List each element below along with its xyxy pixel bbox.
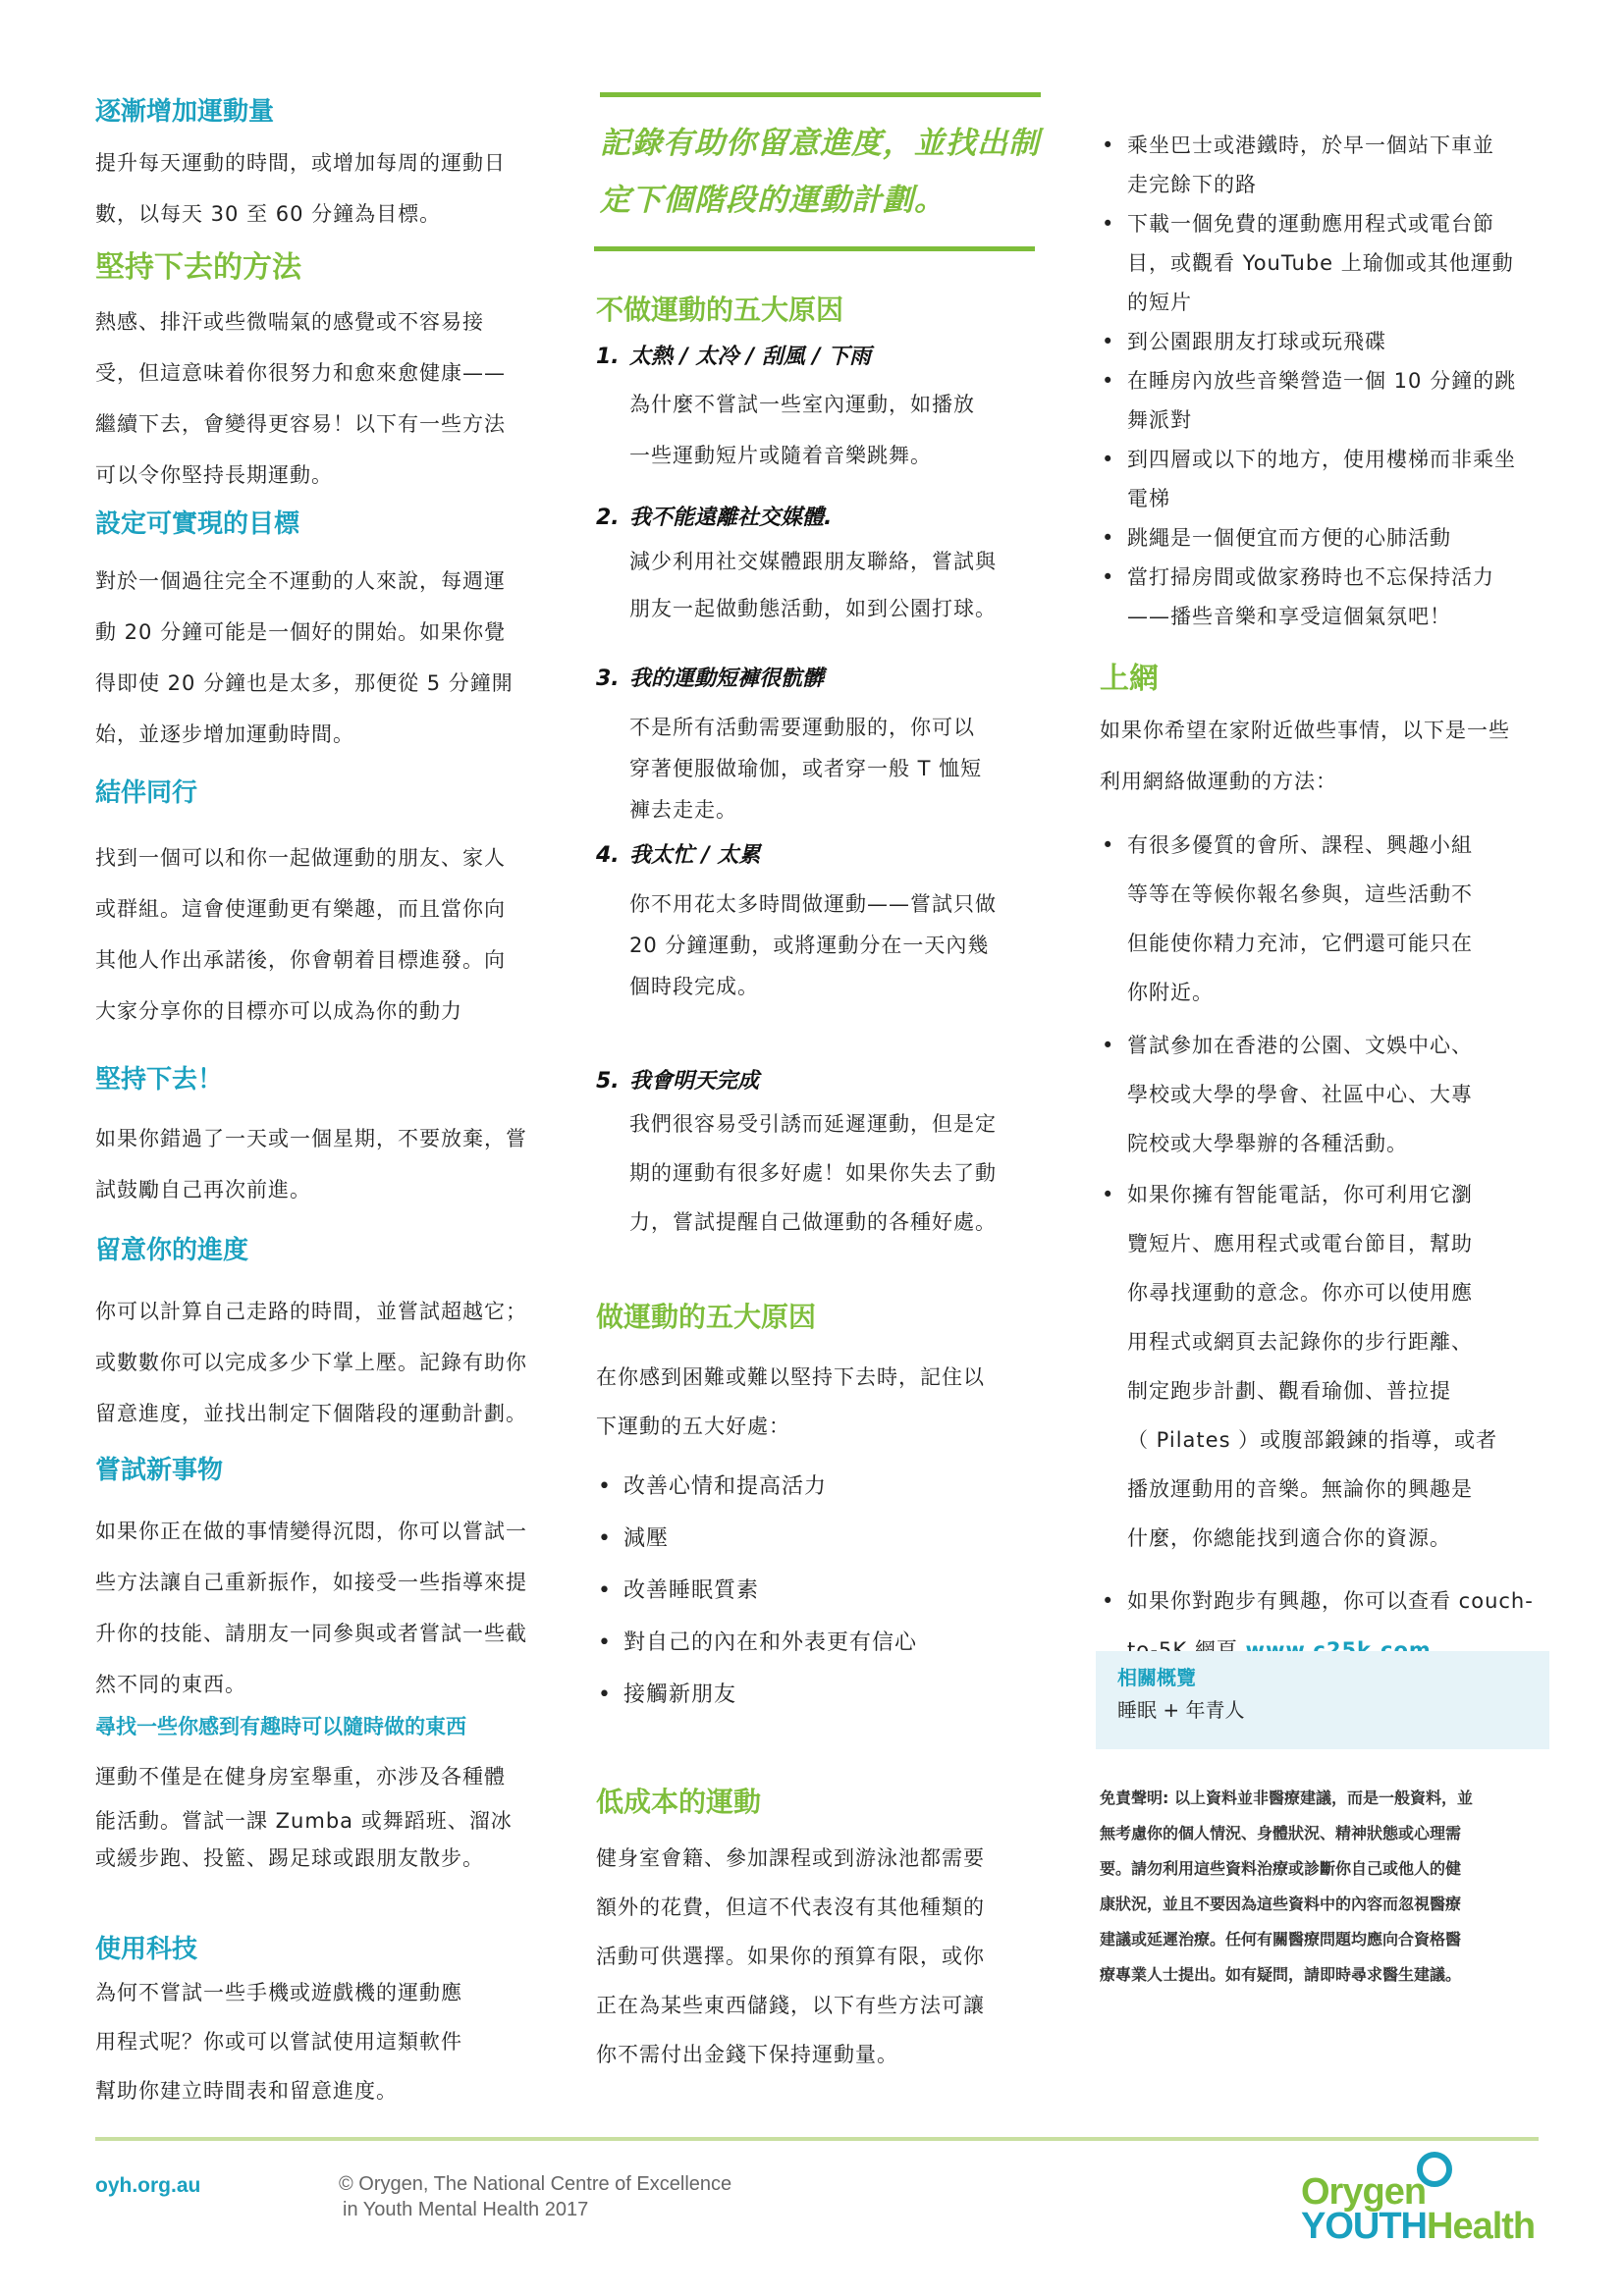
text-line: 力，嘗試提醒自己做運動的各種好處。: [629, 1198, 1048, 1247]
online-item: 嘗試參加在香港的公園、文娛中心、學校或大學的學會、社區中心、大專院校或大學舉辦的…: [1100, 1021, 1561, 1168]
idea-item: 到公園跟朋友打球或玩飛碟: [1100, 322, 1561, 361]
quote-line: 定下個階段的運動計劃。: [600, 172, 1048, 229]
para-keep-at-it: 如果你錯過了一天或一個星期，不要放棄，嘗 試鼓勵自己再次前進。: [95, 1113, 567, 1215]
online-ideas-list: 有很多優質的會所、課程、興趣小組等等在等候你報名參與，這些活動不但能使你精力充沛…: [1100, 821, 1561, 1675]
benefit-item: 改善心情和提高活力: [596, 1461, 1048, 1513]
text-line: 你不用花太多時間做運動——嘗試只做: [629, 883, 1048, 925]
quote-bottom-rule: [594, 246, 1035, 251]
benefit-item: 減壓: [596, 1513, 1048, 1565]
reason-item-4: 4.我太忙 / 太累 你不用花太多時間做運動——嘗試只做 20 分鐘運動，或將運…: [596, 840, 1048, 1007]
text-line: 穿著便服做瑜伽，或者穿一般 T 恤短: [629, 748, 1048, 789]
benefit-item: 接觸新朋友: [596, 1669, 1048, 1721]
para-increase-exercise: 提升每天運動的時間，或增加每周的運動日 數，以每天 30 至 60 分鐘為目標。: [95, 137, 567, 240]
text-line: 活動可供選擇。如果你的預算有限，或你: [596, 1932, 1048, 1981]
idea-item: 下載一個免費的運動應用程式或電台節目，或觀看 YouTube 上瑜伽或其他運動的…: [1100, 204, 1561, 322]
para-ways-to-keep-going: 熱感、排汗或些微喘氣的感覺或不容易接 受，但這意味着你很努力和愈來愈健康—— 繼…: [95, 296, 567, 501]
text-line: 或群組。這會使運動更有樂趣，而且當你向: [95, 883, 567, 934]
text-line: 升你的技能、請朋友一同參與或者嘗試一些截: [95, 1608, 567, 1659]
text-line: 康狀況，並且不要因為這些資料中的內容而忽視醫療: [1100, 1887, 1561, 1922]
text-line: 在你感到困難或難以堅持下去時，記住以: [596, 1353, 1048, 1402]
text-line: 利用網絡做運動的方法：: [1100, 756, 1561, 807]
reason-number: 3.: [596, 664, 629, 695]
reason-title: 太熱 / 太冷 / 刮風 / 下雨: [629, 345, 871, 369]
text-line: 建議或延遲治療。任何有關醫療問題均應向合資格醫: [1100, 1922, 1561, 1957]
idea-item: 跳繩是一個便宜而方便的心肺活動: [1100, 518, 1561, 558]
text-line: 留意進度，並找出制定下個階段的運動計劃。: [95, 1388, 567, 1439]
heading-increase-exercise: 逐漸增加運動量: [95, 94, 567, 130]
para-try-new-things: 如果你正在做的事情變得沉悶，你可以嘗試一 些方法讓自己重新振作，如接受一些指導來…: [95, 1506, 567, 1710]
low-cost-ideas-list: 乘坐巴士或港鐵時，於早一個站下車並走完餘下的路 下載一個免費的運動應用程式或電台…: [1100, 126, 1561, 636]
related-title: 相關概覽: [1117, 1663, 1528, 1692]
text-line: 一些運動短片或隨着音樂跳舞。: [629, 430, 1048, 481]
text-line: 如果你正在做的事情變得沉悶，你可以嘗試一: [95, 1506, 567, 1557]
reason-number: 2.: [596, 503, 629, 534]
text-line: 褲去走走。: [629, 789, 1048, 830]
text-line: 20 分鐘運動，或將運動分在一天內幾: [629, 925, 1048, 966]
online-item: 如果你擁有智能電話，你可利用它瀏覽短片、應用程式或電台節目，幫助你尋找運動的意念…: [1100, 1170, 1561, 1563]
text-line: 或數數你可以完成多少下掌上壓。記錄有助你: [95, 1337, 567, 1388]
text-line: 免責聲明: 以上資料並非醫療建議，而是一般資料，並: [1100, 1781, 1561, 1816]
para-online-intro: 如果你希望在家附近做些事情，以下是一些 利用網絡做運動的方法：: [1100, 705, 1561, 807]
reason-title: 我不能遠離社交媒體.: [629, 506, 832, 530]
reason-item-2: 2.我不能遠離社交媒體. 減少利用社交媒體跟朋友聯絡，嘗試與 朋友一起做動態活動…: [596, 503, 1048, 632]
text-line: 可以令你堅持長期運動。: [95, 450, 567, 501]
text-line: 你不需付出金錢下保持運動量。: [596, 2030, 1048, 2079]
reason-title: 我會明天完成: [629, 1069, 759, 1094]
text-line: 能活動。嘗試一課 Zumba 或舞蹈班、溜冰: [95, 1802, 567, 1840]
text-line: 試鼓勵自己再次前進。: [95, 1164, 567, 1215]
text-line: 減少利用社交媒體跟朋友聯絡，嘗試與: [629, 538, 1048, 585]
text-line: 不是所有活動需要運動服的，你可以: [629, 707, 1048, 748]
copyright-line: in Youth Mental Health 2017: [339, 2197, 731, 2222]
quote-line: 記錄有助你留意進度，並找出制: [600, 115, 1048, 172]
text-line: 為什麼不嘗試一些室內運動，如播放: [629, 379, 1048, 430]
text-line: 對於一個過往完全不運動的人來說，每週運: [95, 556, 567, 607]
para-use-technology: 為何不嘗試一些手機或遊戲機的運動應 用程式呢？你或可以嘗試使用這類軟件 幫助你建…: [95, 1968, 567, 2115]
text-line: 大家分享你的目標亦可以成為你的動力: [95, 986, 567, 1037]
text-line: 下運動的五大好處：: [596, 1402, 1048, 1451]
text-line: 動 20 分鐘可能是一個好的開始。如果你覺: [95, 607, 567, 658]
reason-item-5: 5.我會明天完成 我們很容易受引誘而延遲運動，但是定 期的運動有很多好處！如果你…: [596, 1066, 1048, 1247]
heading-online: 上網: [1100, 660, 1561, 699]
text-line: 你可以計算自己走路的時間，並嘗試超越它；: [95, 1286, 567, 1337]
text-line: 數，以每天 30 至 60 分鐘為目標。: [95, 188, 567, 240]
text-line: 無考慮你的個人情況、身體狀況、精神狀態或心理需: [1100, 1816, 1561, 1851]
text-line: 受，但這意味着你很努力和愈來愈健康——: [95, 347, 567, 399]
text-line: 然不同的東西。: [95, 1659, 567, 1710]
idea-item: 乘坐巴士或港鐵時，於早一個站下車並走完餘下的路: [1100, 126, 1561, 204]
text-line: 朋友一起做動態活動，如到公園打球。: [629, 585, 1048, 632]
text-line: 幫助你建立時間表和留意進度。: [95, 2066, 567, 2115]
heading-try-new-things: 嘗試新事物: [95, 1453, 567, 1488]
quote-top-rule: [600, 92, 1041, 97]
heading-keep-at-it: 堅持下去！: [95, 1062, 567, 1097]
para-track-progress: 你可以計算自己走路的時間，並嘗試超越它； 或數數你可以完成多少下掌上壓。記錄有助…: [95, 1286, 567, 1439]
disclaimer: 免責聲明: 以上資料並非醫療建議，而是一般資料，並 無考慮你的個人情況、身體狀況…: [1100, 1781, 1561, 1993]
text-line: 運動不僅是在健身房室舉重，亦涉及各種體: [95, 1751, 567, 1802]
footer-divider: [95, 2137, 1539, 2141]
para-find-fun-things: 運動不僅是在健身房室舉重，亦涉及各種體 能活動。嘗試一課 Zumba 或舞蹈班、…: [95, 1751, 567, 1877]
reason-item-3: 3.我的運動短褲很骯髒 不是所有活動需要運動服的，你可以 穿著便服做瑜伽，或者穿…: [596, 664, 1048, 830]
text-line: 如果你錯過了一天或一個星期，不要放棄，嘗: [95, 1113, 567, 1164]
para-set-goals: 對於一個過往完全不運動的人來說，每週運 動 20 分鐘可能是一個好的開始。如果你…: [95, 556, 567, 760]
heading-reasons-not-exercise: 不做運動的五大原因: [596, 291, 1048, 330]
idea-item: 當打掃房間或做家務時也不忘保持活力——播些音樂和享受這個氣氛吧！: [1100, 558, 1561, 636]
reason-title: 我太忙 / 太累: [629, 843, 760, 868]
idea-item: 在睡房內放些音樂營造一個 10 分鐘的跳舞派對: [1100, 361, 1561, 440]
text-line: 正在為某些東西儲錢，以下有些方法可讓: [596, 1981, 1048, 2030]
reason-number: 1.: [596, 342, 629, 373]
para-buddy-up: 找到一個可以和你一起做運動的朋友、家人 或群組。這會使運動更有樂趣，而且當你向 …: [95, 832, 567, 1037]
text-line: 找到一個可以和你一起做運動的朋友、家人: [95, 832, 567, 883]
text-line: 或緩步跑、投籃、踢足球或跟朋友散步。: [95, 1840, 567, 1877]
copyright-line: © Orygen, The National Centre of Excelle…: [339, 2171, 731, 2197]
heading-use-technology: 使用科技: [95, 1932, 567, 1967]
benefit-item: 改善睡眠質素: [596, 1565, 1048, 1617]
text-line: 如果你希望在家附近做些事情，以下是一些: [1100, 705, 1561, 756]
related-link[interactable]: 睡眠 + 年青人: [1117, 1692, 1528, 1728]
pull-quote: 記錄有助你留意進度，並找出制 定下個階段的運動計劃。: [600, 115, 1048, 229]
para-reasons-intro: 在你感到困難或難以堅持下去時，記住以 下運動的五大好處：: [596, 1353, 1048, 1451]
reason-number: 4.: [596, 840, 629, 872]
heading-buddy-up: 結伴同行: [95, 775, 567, 811]
text-line: 其他人作出承諾後，你會朝着目標進發。向: [95, 934, 567, 986]
text-line: 用程式呢？你或可以嘗試使用這類軟件: [95, 2017, 567, 2066]
text-line: 我們很容易受引誘而延遲運動，但是定: [629, 1099, 1048, 1148]
text-line: 額外的花費，但這不代表沒有其他種類的: [596, 1883, 1048, 1932]
heading-track-progress: 留意你的進度: [95, 1233, 567, 1268]
footer-copyright: © Orygen, The National Centre of Excelle…: [339, 2171, 731, 2222]
text-line: 療專業人士提出。如有疑問，請即時尋求醫生建議。: [1100, 1957, 1561, 1993]
benefits-list: 改善心情和提高活力 減壓 改善睡眠質素 對自己的內在和外表更有信心 接觸新朋友: [596, 1461, 1048, 1721]
heading-ways-to-keep-going: 堅持下去的方法: [95, 248, 567, 288]
heading-find-fun-things: 尋找一些你感到有趣時可以隨時做的東西: [95, 1712, 567, 1741]
text-line: 個時段完成。: [629, 966, 1048, 1007]
text-line: 提升每天運動的時間，或增加每周的運動日: [95, 137, 567, 188]
related-factsheets-box: 相關概覽 睡眠 + 年青人: [1096, 1651, 1549, 1749]
benefit-item: 對自己的內在和外表更有信心: [596, 1617, 1048, 1669]
text-line: 熱感、排汗或些微喘氣的感覺或不容易接: [95, 296, 567, 347]
footer-website-link[interactable]: oyh.org.au: [95, 2174, 200, 2198]
reason-item-1: 1.太熱 / 太冷 / 刮風 / 下雨 為什麼不嘗試一些室內運動，如播放 一些運…: [596, 342, 1048, 481]
text-line: 繼續下去，會變得更容易！以下有一些方法: [95, 399, 567, 450]
text-line: 期的運動有很多好處！如果你失去了動: [629, 1148, 1048, 1198]
reason-title: 我的運動短褲很骯髒: [629, 667, 824, 691]
text-line: 得即使 20 分鐘也是太多，那便從 5 分鐘開: [95, 658, 567, 709]
reason-number: 5.: [596, 1066, 629, 1097]
heading-low-cost: 低成本的運動: [596, 1783, 1048, 1822]
text-line: 為何不嘗試一些手機或遊戲機的運動應: [95, 1968, 567, 2017]
idea-item: 到四層或以下的地方，使用樓梯而非乘坐電梯: [1100, 440, 1561, 518]
text-line: 要。請勿利用這些資料治療或診斷你自己或他人的健: [1100, 1851, 1561, 1887]
online-item: 有很多優質的會所、課程、興趣小組等等在等候你報名參與，這些活動不但能使你精力充沛…: [1100, 821, 1561, 1017]
heading-set-goals: 設定可實現的目標: [95, 507, 567, 542]
para-low-cost: 健身室會籍、參加課程或到游泳池都需要 額外的花費，但這不代表沒有其他種類的 活動…: [596, 1834, 1048, 2079]
logo-text-youth-health: YOUTHHealth: [1301, 2206, 1535, 2248]
heading-reasons-to-exercise: 做運動的五大原因: [596, 1298, 1048, 1337]
text-line: 健身室會籍、參加課程或到游泳池都需要: [596, 1834, 1048, 1883]
orygen-youth-health-logo: Orygen YOUTHHealth: [1301, 2152, 1556, 2260]
text-line: 始，並逐步增加運動時間。: [95, 709, 567, 760]
text-line: 些方法讓自己重新振作，如接受一些指導來提: [95, 1557, 567, 1608]
